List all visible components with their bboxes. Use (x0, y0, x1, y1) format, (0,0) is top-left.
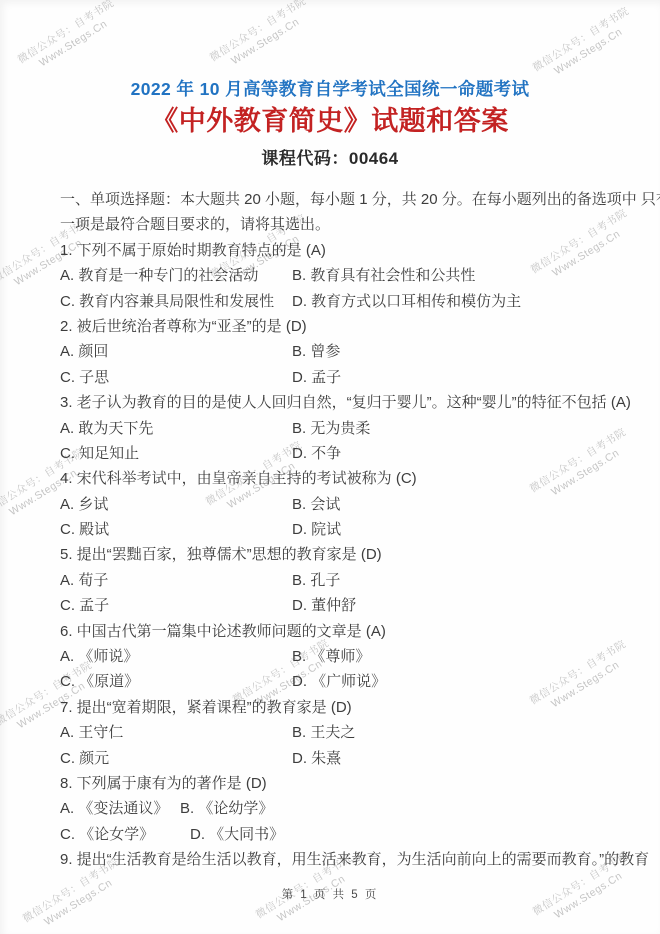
question-8: 8. 下列属于康有为的著作是 (D) A. 《变法通议》 B. 《论幼学》 C.… (60, 771, 622, 847)
option-row: A. 《变法通议》 B. 《论幼学》 (60, 796, 622, 821)
question-stem: 8. 下列属于康有为的著作是 (D) (60, 771, 622, 796)
option-row: C. 教育内容兼具局限性和发展性 D. 教育方式以口耳相传和模仿为主 (60, 289, 622, 314)
question-stem: 6. 中国古代第一篇集中论述教师问题的文章是 (A) (60, 619, 622, 644)
option-b: B. 曾参 (292, 339, 340, 364)
watermark-line2: Www.Stegs.Cn (552, 25, 625, 78)
option-row: A. 敢为天下先 B. 无为贵柔 (60, 416, 622, 441)
option-c: C. 教育内容兼具局限性和发展性 (60, 293, 274, 310)
option-a: A. 《师说》 (60, 648, 138, 665)
question-stem: 1. 下列不属于原始时期教育特点的是 (A) (60, 238, 622, 263)
option-b: B. 孔子 (292, 568, 340, 593)
option-a: A. 王守仁 (60, 724, 123, 741)
option-d: D. 教育方式以口耳相传和模仿为主 (292, 289, 521, 314)
option-d: D. 不争 (292, 441, 341, 466)
exam-session-title: 2022 年 10 月高等教育自学考试全国统一命题考试 (0, 76, 660, 101)
option-d: D. 董仲舒 (292, 593, 356, 618)
section-intro-line1: 一、单项选择题：本大题共 20 小题，每小题 1 分，共 20 分。在每小题列出… (60, 187, 622, 212)
option-c: C. 殿试 (60, 521, 109, 538)
question-stem: 5. 提出“罢黜百家，独尊儒术”思想的教育家是 (D) (60, 542, 622, 567)
option-row: A. 教育是一种专门的社会活动 B. 教育具有社会性和公共性 (60, 263, 622, 288)
question-6: 6. 中国古代第一篇集中论述教师问题的文章是 (A) A. 《师说》 B. 《尊… (60, 619, 622, 695)
option-a: A. 敢为天下先 (60, 420, 153, 437)
option-b: B. 《论幼学》 (180, 796, 273, 821)
watermark-line2: Www.Stegs.Cn (229, 15, 302, 68)
watermark: 微信公众号：自考书院Www.Stegs.Cn (531, 5, 639, 87)
watermark: 微信公众号：自考书院Www.Stegs.Cn (208, 0, 316, 77)
option-c: C. 孟子 (60, 597, 109, 614)
option-d: D. 院试 (292, 517, 341, 542)
page-number: 第 1 页 共 5 页 (0, 886, 660, 902)
question-2: 2. 被后世统治者尊称为“亚圣”的是 (D) A. 颜回 B. 曾参 C. 子思… (60, 314, 622, 390)
question-3: 3. 老子认为教育的目的是使人人回归自然，“复归于婴儿”。这种“婴儿”的特征不包… (60, 390, 622, 466)
exam-document-page: 微信公众号：自考书院Www.Stegs.Cn 微信公众号：自考书院Www.Ste… (0, 0, 660, 934)
option-row: A. 王守仁 B. 王夫之 (60, 720, 622, 745)
question-stem: 3. 老子认为教育的目的是使人人回归自然，“复归于婴儿”。这种“婴儿”的特征不包… (60, 390, 622, 415)
option-a: A. 乡试 (60, 496, 108, 513)
watermark: 微信公众号：自考书院Www.Stegs.Cn (16, 0, 124, 79)
question-4: 4. 宋代科举考试中，由皇帝亲自主持的考试被称为 (C) A. 乡试 B. 会试… (60, 466, 622, 542)
option-row: C. 颜元 D. 朱熹 (60, 746, 622, 771)
watermark-line1: 微信公众号：自考书院 (208, 0, 309, 65)
option-c: C. 子思 (60, 369, 109, 386)
option-b: B. 教育具有社会性和公共性 (292, 263, 475, 288)
question-5: 5. 提出“罢黜百家，独尊儒术”思想的教育家是 (D) A. 荀子 B. 孔子 … (60, 542, 622, 618)
option-row: A. 《师说》 B. 《尊师》 (60, 644, 622, 669)
option-c: C. 知足知止 (60, 445, 139, 462)
option-row: A. 颜回 B. 曾参 (60, 339, 622, 364)
option-a: A. 颜回 (60, 343, 108, 360)
option-row: A. 荀子 B. 孔子 (60, 568, 622, 593)
paper-title: 《中外教育简史》试题和答案 (0, 99, 660, 138)
question-1: 1. 下列不属于原始时期教育特点的是 (A) A. 教育是一种专门的社会活动 B… (60, 238, 622, 314)
option-c: C. 颜元 (60, 750, 109, 767)
option-row: A. 乡试 B. 会试 (60, 492, 622, 517)
option-c: C. 《原道》 (60, 673, 139, 690)
question-stem: 4. 宋代科举考试中，由皇帝亲自主持的考试被称为 (C) (60, 466, 622, 491)
option-a: A. 荀子 (60, 572, 108, 589)
watermark-line2: Www.Stegs.Cn (42, 876, 115, 929)
option-c: C. 《论女学》 (60, 826, 154, 843)
option-d: D. 孟子 (292, 365, 341, 390)
section-intro-line2: 一项是最符合题目要求的，请将其选出。 (60, 212, 622, 237)
option-row: C. 子思 D. 孟子 (60, 365, 622, 390)
option-row: C. 知足知止 D. 不争 (60, 441, 622, 466)
option-row: C. 孟子 D. 董仲舒 (60, 593, 622, 618)
option-b: B. 王夫之 (292, 720, 355, 745)
question-stem: 9. 提出“生活教育是给生活以教育，用生活来教育，为生活向前向上的需要而教育。”… (60, 847, 622, 872)
option-a: A. 《变法通议》 (60, 800, 168, 817)
question-7: 7. 提出“宽着期限，紧着课程”的教育家是 (D) A. 王守仁 B. 王夫之 … (60, 695, 622, 771)
watermark-line2: Www.Stegs.Cn (37, 17, 110, 70)
watermark-line1: 微信公众号：自考书院 (16, 0, 117, 67)
option-row: C. 殿试 D. 院试 (60, 517, 622, 542)
option-d: D. 朱熹 (292, 746, 341, 771)
option-a: A. 教育是一种专门的社会活动 (60, 267, 258, 284)
option-d: D. 《大同书》 (190, 822, 284, 847)
question-body: 一、单项选择题：本大题共 20 小题，每小题 1 分，共 20 分。在每小题列出… (60, 187, 622, 873)
option-row: C. 《原道》 D. 《广师说》 (60, 669, 622, 694)
question-stem: 7. 提出“宽着期限，紧着课程”的教育家是 (D) (60, 695, 622, 720)
option-d: D. 《广师说》 (292, 669, 386, 694)
option-b: B. 会试 (292, 492, 340, 517)
option-b: B. 《尊师》 (292, 644, 370, 669)
option-row: C. 《论女学》 D. 《大同书》 (60, 822, 622, 847)
question-9: 9. 提出“生活教育是给生活以教育，用生活来教育，为生活向前向上的需要而教育。”… (60, 847, 622, 872)
option-b: B. 无为贵柔 (292, 416, 370, 441)
question-stem: 2. 被后世统治者尊称为“亚圣”的是 (D) (60, 314, 622, 339)
course-code: 课程代码：00464 (0, 144, 660, 169)
watermark-line1: 微信公众号：自考书院 (531, 5, 632, 75)
